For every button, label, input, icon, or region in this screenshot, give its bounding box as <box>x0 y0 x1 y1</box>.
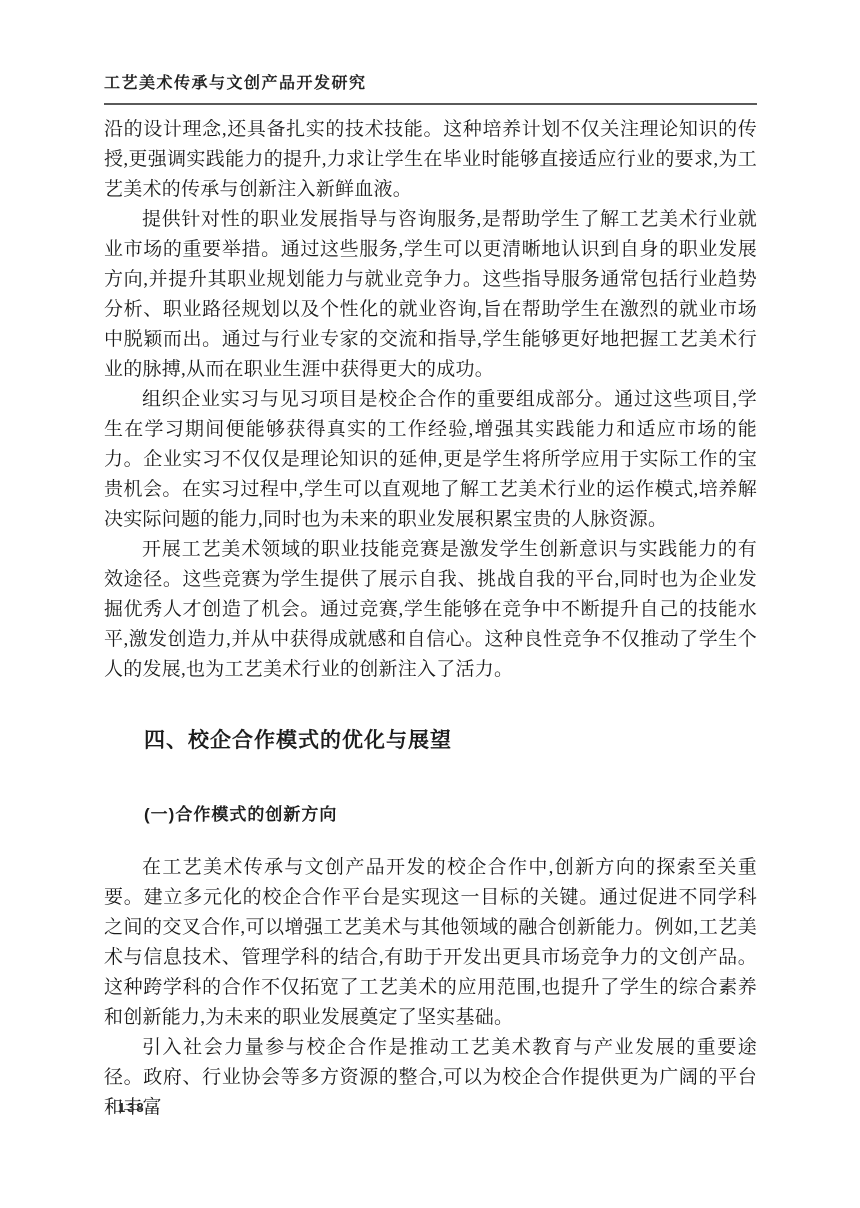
continuation-paragraph: 沿的设计理念,还具备扎实的技术技能。这种培养计划不仅关注理论知识的传授,更强调实… <box>104 115 757 205</box>
page-content: 工艺美术传承与文创产品开发研究 沿的设计理念,还具备扎实的技术技能。这种培养计划… <box>104 0 757 1123</box>
body-block-1: 沿的设计理念,还具备扎实的技术技能。这种培养计划不仅关注理论知识的传授,更强调实… <box>104 115 757 685</box>
subsection-heading: (一)合作模式的创新方向 <box>144 804 757 826</box>
document-page: 工艺美术传承与文创产品开发研究 沿的设计理念,还具备扎实的技术技能。这种培养计划… <box>0 0 860 1208</box>
section-heading: 四、校企合作模式的优化与展望 <box>144 728 757 754</box>
body-paragraph: 在工艺美术传承与文创产品开发的校企合作中,创新方向的探索至关重要。建立多元化的校… <box>104 853 757 1033</box>
body-paragraph: 提供针对性的职业发展指导与咨询服务,是帮助学生了解工艺美术行业就业市场的重要举措… <box>104 205 757 385</box>
body-paragraph: 引入社会力量参与校企合作是推动工艺美术教育与产业发展的重要途径。政府、行业协会等… <box>104 1033 757 1123</box>
header-divider <box>104 103 757 105</box>
running-header-title: 工艺美术传承与文创产品开发研究 <box>104 74 757 94</box>
body-block-2: 在工艺美术传承与文创产品开发的校企合作中,创新方向的探索至关重要。建立多元化的校… <box>104 853 757 1123</box>
body-paragraph: 开展工艺美术领域的职业技能竞赛是激发学生创新意识与实践能力的有效途径。这些竞赛为… <box>104 535 757 685</box>
page-number: · 138 · <box>106 1100 158 1115</box>
body-paragraph: 组织企业实习与见习项目是校企合作的重要组成部分。通过这些项目,学生在学习期间便能… <box>104 385 757 535</box>
